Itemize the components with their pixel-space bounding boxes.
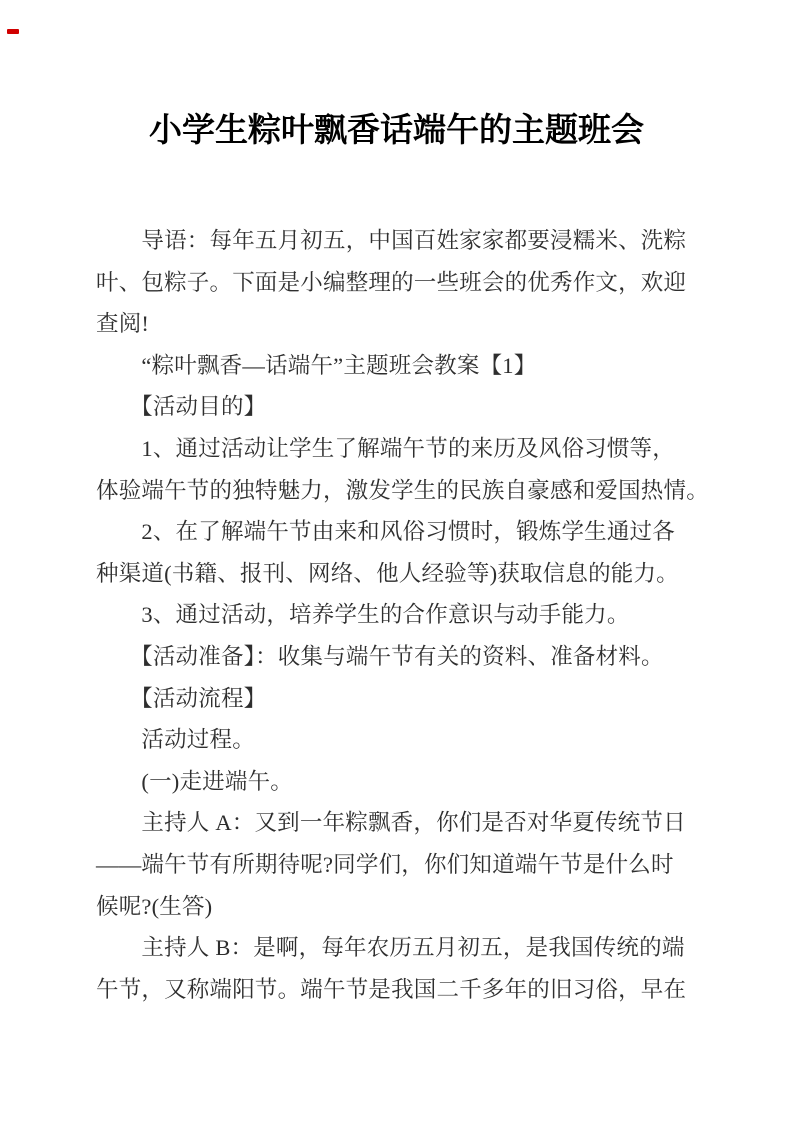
- text-line: 主持人 B：是啊，每年农历五月初五，是我国传统的端: [96, 927, 697, 969]
- text-line: ——端午节有所期待呢?同学们，你们知道端午节是什么时: [96, 844, 697, 886]
- text-line: 3、通过活动，培养学生的合作意识与动手能力。: [96, 594, 697, 636]
- text-line: 【活动准备】：收集与端午节有关的资料、准备材料。: [96, 636, 697, 678]
- text-line: 主持人 A：又到一年粽飘香，你们是否对华夏传统节日: [96, 802, 697, 844]
- text-line: 体验端午节的独特魅力，激发学生的民族自豪感和爱国热情。: [96, 470, 697, 512]
- text-line: “粽叶飘香—话端午”主题班会教案【1】: [96, 345, 697, 387]
- text-line: (一)走进端午。: [96, 761, 697, 803]
- text-line: 种渠道(书籍、报刊、网络、他人经验等)获取信息的能力。: [96, 553, 697, 595]
- text-line: 候呢?(生答): [96, 886, 697, 928]
- text-line: 1、通过活动让学生了解端午节的来历及风俗习惯等，: [96, 428, 697, 470]
- text-line: 午节，又称端阳节。端午节是我国二千多年的旧习俗，早在: [96, 969, 697, 1011]
- text-line: 导语：每年五月初五，中国百姓家家都要浸糯米、洗粽: [96, 220, 697, 262]
- text-line: 【活动流程】: [96, 678, 697, 720]
- text-line: 2、在了解端午节由来和风俗习惯时，锻炼学生通过各: [96, 511, 697, 553]
- document-page: 小学生粽叶飘香话端午的主题班会 导语：每年五月初五，中国百姓家家都要浸糯米、洗粽…: [0, 0, 793, 1122]
- text-line: 活动过程。: [96, 719, 697, 761]
- document-body: 导语：每年五月初五，中国百姓家家都要浸糯米、洗粽叶、包粽子。下面是小编整理的一些…: [96, 220, 697, 1010]
- page-title: 小学生粽叶飘香话端午的主题班会: [0, 101, 793, 161]
- red-mark: [7, 29, 19, 34]
- text-line: 叶、包粽子。下面是小编整理的一些班会的优秀作文，欢迎: [96, 262, 697, 304]
- text-line: 【活动目的】: [96, 386, 697, 428]
- page: { "page": { "background": "#ffffff", "te…: [0, 0, 793, 1122]
- text-line: 查阅!: [96, 303, 697, 345]
